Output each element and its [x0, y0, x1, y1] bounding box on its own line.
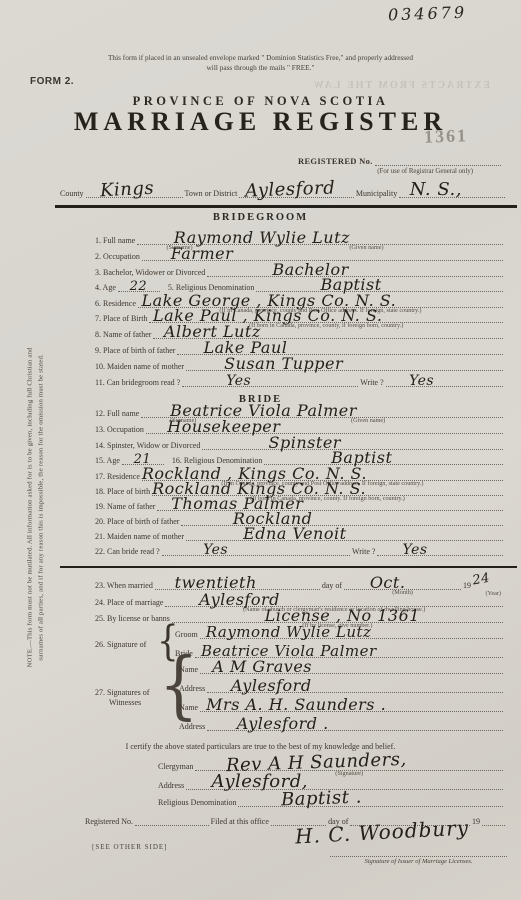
groom-write-value: Yes	[409, 373, 434, 389]
when-married-label: 23. When married	[95, 581, 153, 590]
issuer-signature-line	[330, 856, 507, 857]
issuer-signature: H. C. Woodbury	[295, 820, 469, 844]
groom-father-label: 8. Name of father	[95, 330, 151, 339]
signature-of-label: 26. Signature of	[95, 640, 146, 649]
section-divider	[55, 205, 517, 208]
groom-signature: Raymond Wylie Lutz	[206, 623, 372, 641]
witnesses-label-1: 27. Signatures of	[95, 688, 149, 697]
issuer-signature-sublabel: Signature of Issuer of Marriage Licenses…	[340, 858, 497, 865]
witness1-address: Aylesford	[231, 676, 312, 695]
groom-mother-label: 10. Maiden name of mother	[95, 362, 184, 371]
field-clergyman: Clergyman Rev A H Saunders, (Signature)	[158, 758, 505, 771]
witness-signatures-section: 27. Signatures of Witnesses { Name A M G…	[95, 662, 505, 740]
section-divider	[60, 566, 517, 568]
witness2-address-row: Address Aylesford .	[179, 719, 505, 731]
serial-number-handwritten: 034679	[388, 3, 468, 25]
denomination-label: Religious Denomination	[158, 798, 236, 807]
groom-write-line: Yes	[386, 374, 503, 387]
witness2-name-line: Mrs A. H. Saunders .	[200, 699, 503, 712]
year-group: 19 24 (Year)	[463, 578, 505, 590]
town-value: Aylesford	[245, 177, 336, 201]
witness-address-label: Address	[179, 684, 205, 693]
witness2-address: Aylesford .	[237, 714, 329, 733]
denomination-value: Baptist .	[280, 787, 362, 811]
witness2-name: Mrs A. H. Saunders .	[206, 695, 386, 714]
witness-name-label: Name	[179, 703, 198, 712]
bridegroom-heading: BRIDEGROOM	[0, 212, 521, 223]
field-bride-mother: 21. Maiden name of mother Edna Venoit	[95, 529, 505, 541]
bride-residence-label: 17. Residence	[95, 472, 140, 481]
town-label: Town or District	[185, 189, 238, 198]
registered-no-field	[375, 152, 501, 166]
office-registered-line	[135, 813, 209, 826]
clergyman-label: Clergyman	[158, 762, 193, 771]
bride-read-label: 22. Can bride read ?	[95, 547, 160, 556]
when-married-line: twentieth	[155, 577, 320, 590]
town-field: Aylesford	[239, 183, 354, 198]
month-value: Oct.	[370, 573, 406, 592]
bleed-through-text: EXTRACTS FROM THE LAW	[240, 80, 490, 91]
witness-name-label: Name	[179, 665, 198, 674]
groom-mother-value: Susan Tupper	[224, 354, 343, 373]
bride-father-label: 19. Name of father	[95, 502, 155, 511]
groom-occupation-label: 2. Occupation	[95, 252, 140, 261]
municipality-field: N. S.,	[399, 183, 505, 198]
bride-mother-line: Edna Venoit	[186, 528, 503, 541]
witnesses-label-2: Witnesses	[109, 698, 141, 707]
groom-sig-label: Groom	[175, 630, 198, 639]
year-printed: 19	[463, 581, 471, 590]
bride-write-label: Write ?	[352, 547, 375, 556]
office-year-label: 19	[472, 817, 480, 826]
field-bride-full-name: 12. Full name Beatrice Viola Palmer (Sur…	[95, 406, 505, 418]
field-groom-full-name: 1. Full name Raymond Wylie Lutz (Surname…	[95, 233, 505, 245]
given-name-sublabel: (Given name)	[349, 244, 383, 251]
bride-age-label: 15. Age	[95, 456, 120, 465]
field-religious-denomination: Religious Denomination Baptist .	[158, 794, 505, 807]
groom-age-label: 4. Age	[95, 283, 116, 292]
witness1-name-line: A M Graves	[200, 661, 503, 674]
bride-read-line: Yes	[162, 543, 350, 556]
place-of-marriage-label: 24. Place of marriage	[95, 598, 163, 607]
witness-address-label: Address	[179, 722, 205, 731]
bride-full-name-label: 12. Full name	[95, 409, 139, 418]
issuer-signature-value: H. C. Woodbury	[294, 815, 469, 848]
groom-read-label: 11. Can bridegroom read ?	[95, 378, 180, 387]
field-groom-mother: 10. Maiden name of mother Susan Tupper	[95, 359, 505, 371]
margin-note-line2: surnames of all parties, and if for any …	[36, 277, 47, 737]
groom-occupation-value: Farmer	[171, 244, 234, 263]
form-number: FORM 2.	[30, 76, 74, 87]
groom-birthplace-label: 7. Place of Birth	[95, 314, 147, 323]
field-bride-literacy: 22. Can bride read ? Yes Write ? Yes	[95, 544, 505, 556]
field-groom-literacy: 11. Can bridegroom read ? Yes Write ? Ye…	[95, 375, 505, 387]
registered-no-label: REGISTERED No.	[298, 156, 373, 166]
filed-at-office-label: Filed at this office	[211, 817, 269, 826]
county-label: County	[60, 189, 84, 198]
year-value: 24	[471, 571, 491, 589]
registration-stamp-number: 1361	[424, 125, 469, 148]
mailing-note-line2: will pass through the mails " FREE."	[0, 63, 521, 72]
year-line	[482, 813, 505, 826]
clergyman-line: Rev A H Saunders, (Signature)	[195, 757, 503, 771]
bride-status-label: 14. Spinster, Widow or Divorced	[95, 441, 200, 450]
bride-occupation-value: Housekeeper	[167, 417, 280, 436]
field-bride-status: 14. Spinster, Widow or Divorced Spinster	[95, 438, 505, 450]
groom-write-label: Write ?	[360, 378, 383, 387]
witness1-name-row: Name A M Graves	[179, 662, 505, 674]
groom-father-birthplace-label: 9. Place of birth of father	[95, 346, 175, 355]
certification-statement: I certify the above stated particulars a…	[0, 742, 521, 751]
bride-father-birthplace-label: 20. Place of birth of father	[95, 517, 179, 526]
municipality-value: N. S.,	[410, 179, 462, 200]
bride-write-line: Yes	[377, 543, 503, 556]
denomination-line: Baptist .	[238, 793, 503, 807]
groom-read-value: Yes	[226, 373, 251, 389]
bride-birthplace-label: 18. Place of birth	[95, 487, 150, 496]
witness2-name-row: Name Mrs A. H. Saunders .	[179, 700, 505, 712]
registrar-note: (For use of Registrar General only)	[377, 168, 473, 175]
witness1-address-row: Address Aylesford	[179, 681, 505, 693]
groom-full-name-label: 1. Full name	[95, 236, 135, 245]
county-value: Kings	[100, 178, 155, 202]
month-line: Oct. (Month)	[344, 577, 461, 590]
municipality-label: Municipality	[356, 189, 397, 198]
day-of-label: day of	[322, 581, 342, 590]
groom-mother-line: Susan Tupper	[186, 358, 503, 371]
office-registered-label: Registered No.	[85, 817, 133, 826]
witness1-name: A M Graves	[212, 657, 312, 676]
bride-write-value: Yes	[403, 542, 428, 558]
witness2-address-line: Aylesford .	[207, 718, 503, 731]
bride-occupation-label: 13. Occupation	[95, 425, 144, 434]
groom-status-label: 3. Bachelor, Widower or Divorced	[95, 268, 205, 277]
groom-residence-label: 6. Residence	[95, 299, 136, 308]
county-field: Kings	[86, 183, 183, 198]
field-groom-status: 3. Bachelor, Widower or Divorced Bachelo…	[95, 265, 505, 277]
groom-read-line: Yes	[182, 374, 358, 387]
marriage-register-document: EXTRACTS FROM THE LAW 034679 This form i…	[0, 0, 521, 900]
field-when-married: 23. When married twentieth day of Oct. (…	[95, 578, 505, 590]
bride-mother-value: Edna Venoit	[243, 524, 346, 543]
margin-note-line1: NOTE.—This form must not be mutilated. A…	[25, 277, 36, 737]
year-sublabel: (Year)	[485, 590, 501, 597]
see-other-side-note: [SEE OTHER SIDE]	[92, 843, 168, 851]
bride-read-value: Yes	[203, 542, 228, 558]
margin-note: NOTE.—This form must not be mutilated. A…	[25, 277, 48, 737]
clergyman-address-label: Address	[158, 781, 184, 790]
bride-mother-label: 21. Maiden name of mother	[95, 532, 184, 541]
witness1-address-line: Aylesford	[207, 680, 503, 693]
mailing-note-line1: This form if placed in an unsealed envel…	[0, 53, 521, 62]
